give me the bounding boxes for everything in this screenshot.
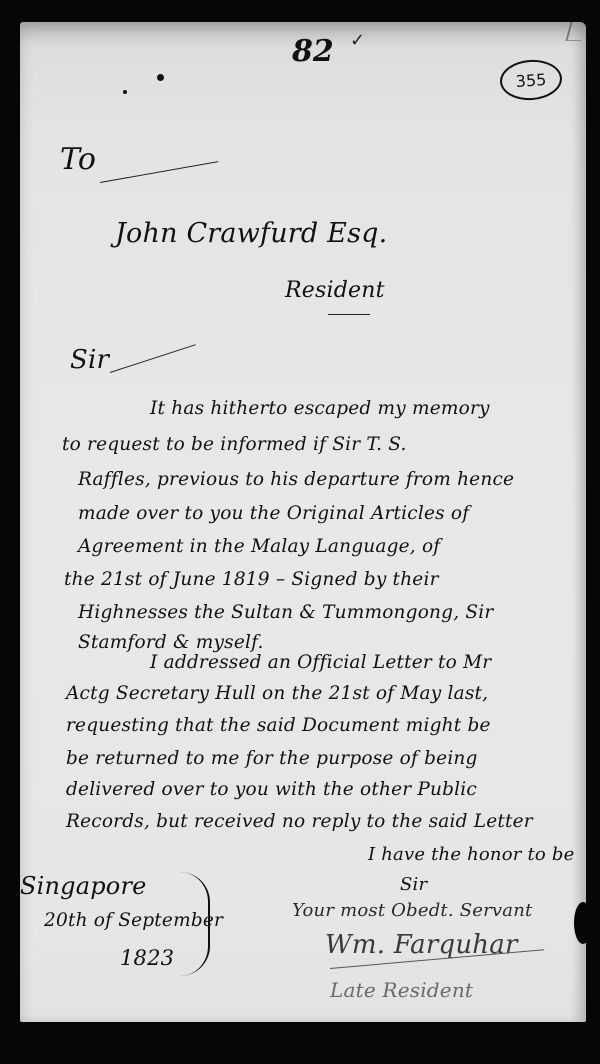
signature: Wm. Farquhar bbox=[325, 930, 518, 960]
body-line: to request to be informed if Sir T. S. bbox=[62, 434, 407, 455]
date-brace bbox=[180, 872, 210, 976]
scanned-page: 82 ✓ 355 To John Crawfurd Esq. Resident … bbox=[0, 0, 600, 1064]
binding-notch bbox=[574, 902, 592, 944]
closing-line: I have the honor to be bbox=[368, 844, 574, 865]
body-line: I addressed an Official Letter to Mr bbox=[150, 652, 491, 673]
body-line: made over to you the Original Articles o… bbox=[78, 503, 469, 524]
body-line: Records, but received no reply to the sa… bbox=[66, 811, 533, 832]
place: Singapore bbox=[20, 872, 147, 900]
body-line: Raffles, previous to his departure from … bbox=[78, 469, 514, 490]
body-line: be returned to me for the purpose of bei… bbox=[66, 748, 478, 769]
body-line: Actg Secretary Hull on the 21st of May l… bbox=[66, 683, 488, 704]
ink-blot bbox=[123, 90, 127, 94]
body-line: requesting that the said Document might … bbox=[66, 715, 491, 736]
closing-sir: Sir bbox=[400, 874, 427, 895]
body-line: delivered over to you with the other Pub… bbox=[66, 779, 477, 800]
year: 1823 bbox=[120, 946, 174, 970]
body-line: Highnesses the Sultan & Tummongong, Sir bbox=[78, 602, 493, 623]
greeting: Sir bbox=[70, 345, 109, 375]
closing-servant: Your most Obedt. Servant bbox=[292, 900, 532, 921]
body-line: Agreement in the Malay Language, of bbox=[78, 536, 440, 557]
archive-stamp-number: 355 bbox=[515, 69, 547, 90]
torn-corner bbox=[565, 22, 586, 41]
folio-number: 82 bbox=[292, 34, 334, 69]
addressee-name: John Crawfurd Esq. bbox=[115, 218, 387, 249]
check-mark-icon: ✓ bbox=[350, 30, 365, 51]
body-line: Stamford & myself. bbox=[78, 632, 264, 653]
flourish bbox=[328, 314, 370, 315]
ink-blot bbox=[157, 74, 164, 81]
addressee-title: Resident bbox=[285, 278, 385, 303]
body-line: It has hitherto escaped my memory bbox=[150, 398, 490, 419]
body-line: the 21st of June 1819 – Signed by their bbox=[64, 569, 439, 590]
salutation-to: To bbox=[60, 142, 96, 177]
signature-title: Late Resident bbox=[330, 978, 473, 1002]
